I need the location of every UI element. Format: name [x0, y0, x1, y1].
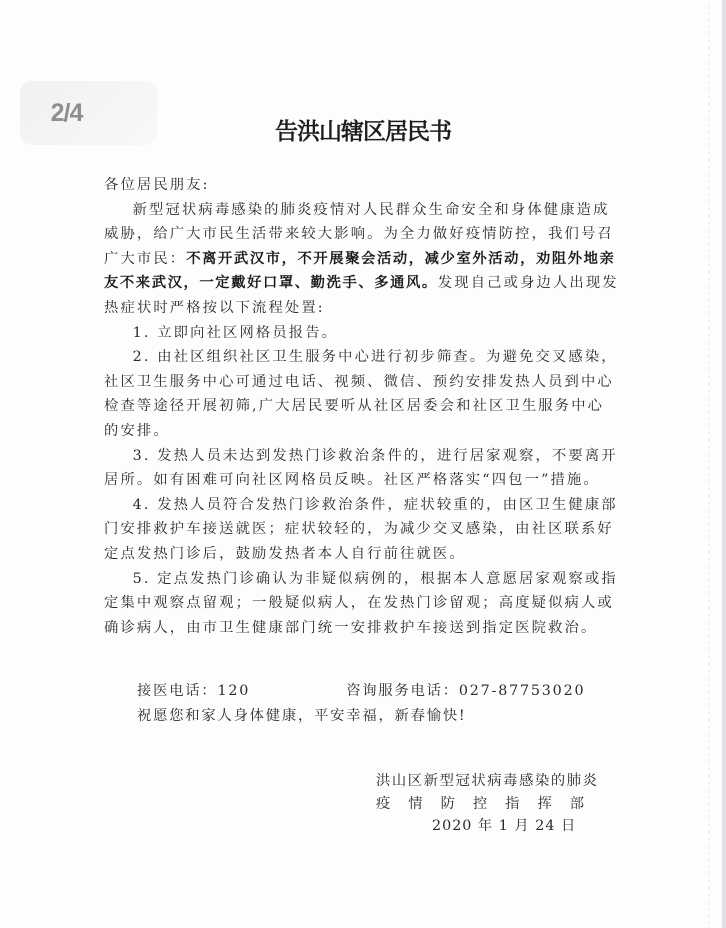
hotline-label: 咨询服务电话：: [346, 683, 459, 699]
document-title: 告洪山辖区居民书: [0, 113, 726, 146]
hotline-number: 027-87753020: [459, 683, 586, 699]
step-5: 5. 定点发热门诊确认为非疑似病例的，根据本人意愿居家观察或指定集中观察点留观；…: [104, 567, 620, 641]
step-1: 1. 立即向社区网格员报告。: [104, 321, 620, 346]
intro-paragraph: 新型冠状病毒感染的肺炎疫情对人民群众生命安全和身体健康造成威胁，给广大市民生活带…: [104, 198, 620, 321]
signature-block: 洪山区新型冠状病毒感染的肺炎 疫情防控指挥部 2020 年 1 月 24 日: [376, 770, 602, 838]
document-body: 各位居民朋友: 新型冠状病毒感染的肺炎疫情对人民群众生命安全和身体健康造成威胁，…: [104, 173, 620, 640]
closing-greeting: 祝愿您和家人身体健康，平安幸福，新春愉快!: [137, 704, 585, 729]
signature-org-line1: 洪山区新型冠状病毒感染的肺炎: [376, 770, 602, 793]
step-2: 2. 由社区组织社区卫生服务中心进行初步筛查。为避免交叉感染，社区卫生服务中心可…: [104, 345, 620, 443]
step-3: 3. 发热人员未达到发热门诊救治条件的，进行居家观察，不要离开居所。如有困难可向…: [104, 444, 620, 493]
signature-org-line2: 疫情防控指挥部: [376, 793, 602, 816]
step-4: 4. 发热人员符合发热门诊救治条件，症状较重的，由区卫生健康部门安排救护车接送就…: [104, 493, 620, 567]
contact-block: 接医电话：120咨询服务电话：027-87753020 祝愿您和家人身体健康，平…: [137, 679, 585, 728]
salutation: 各位居民朋友:: [104, 173, 620, 198]
signature-date: 2020 年 1 月 24 日: [376, 815, 602, 838]
medical-phone-number: 120: [217, 683, 250, 699]
medical-phone-label: 接医电话：: [137, 683, 217, 699]
contact-row: 接医电话：120咨询服务电话：027-87753020: [137, 679, 585, 704]
